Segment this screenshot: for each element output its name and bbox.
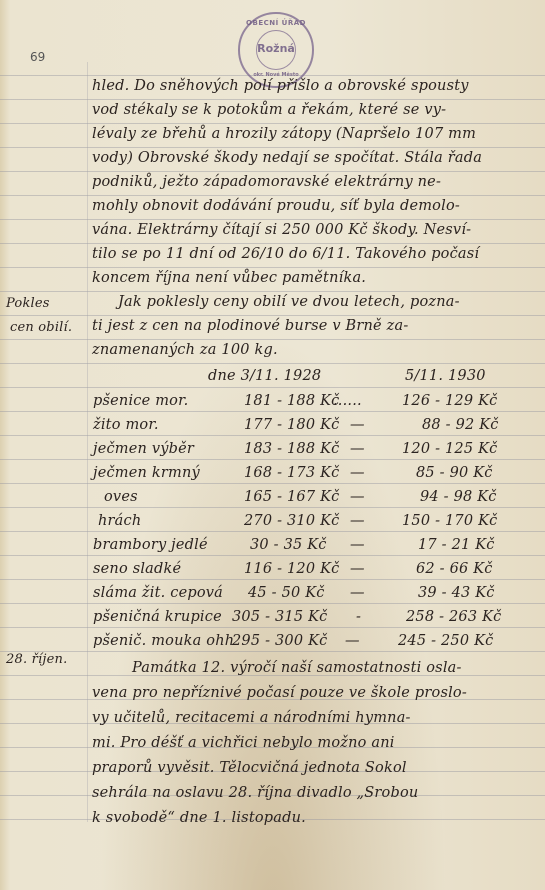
separator: — xyxy=(350,417,365,433)
margin-note: Pokles xyxy=(6,296,50,311)
price-1930: 120 - 125 Kč xyxy=(402,441,497,457)
separator: ...... xyxy=(333,393,362,409)
price-1928: 168 - 173 Kč xyxy=(244,465,339,481)
price-1928: 270 - 310 Kč xyxy=(244,513,339,529)
text-line: mi. Pro déšť a vichřici nebylo možno ani xyxy=(92,735,395,751)
separator: — xyxy=(350,513,365,529)
text-line: tilo se po 11 dní od 26/10 do 6/11. Tako… xyxy=(92,246,479,262)
text-line: hled. Do sněhových polí přišlo a obrovsk… xyxy=(92,78,469,94)
table-header: dne 3/11. 1928 5/11. 1930 xyxy=(0,368,545,392)
price-1930: 150 - 170 Kč xyxy=(402,513,497,529)
text-line: vána. Elektrárny čítají si 250 000 Kč šk… xyxy=(92,222,471,238)
text-line: znamenaných za 100 kg. xyxy=(92,342,278,358)
text-line: mohly obnovit dodávání proudu, síť byla … xyxy=(92,198,460,214)
separator: — xyxy=(350,561,365,577)
price-1928: 295 - 300 Kč xyxy=(232,633,327,649)
price-1930: 39 - 43 Kč xyxy=(418,585,495,601)
page-number: 69 xyxy=(30,50,45,64)
item-name: brambory jedlé xyxy=(93,537,208,553)
price-1930: 62 - 66 Kč xyxy=(416,561,493,577)
price-1930: 85 - 90 Kč xyxy=(416,465,493,481)
text-line: lévaly ze břehů a hrozily zátopy (Naprše… xyxy=(92,126,476,142)
table-row: sláma žit. cepová 45 - 50 Kč — 39 - 43 K… xyxy=(0,585,545,609)
price-1930: 258 - 263 Kč xyxy=(406,609,501,625)
table-row: pšenice mor. 181 - 188 Kč ...... 126 - 1… xyxy=(0,393,545,417)
separator: — xyxy=(350,489,365,505)
text-line: ti jest z cen na plodinové burse v Brně … xyxy=(92,318,408,334)
separator: — xyxy=(350,465,365,481)
column-header-1930: 5/11. 1930 xyxy=(405,368,486,384)
price-1928: 116 - 120 Kč xyxy=(244,561,339,577)
price-1930: 94 - 98 Kč xyxy=(420,489,497,505)
separator: — xyxy=(345,633,360,649)
separator: - xyxy=(356,609,361,625)
table-row: ječmen výběr 183 - 188 Kč — 120 - 125 Kč xyxy=(0,441,545,465)
stamp-top-text: OBECNÍ ÚŘAD xyxy=(240,19,312,27)
table-row: pšeničná krupice 305 - 315 Kč - 258 - 26… xyxy=(0,609,545,633)
price-1928: 30 - 35 Kč xyxy=(250,537,327,553)
price-1928: 45 - 50 Kč xyxy=(248,585,325,601)
item-name: ječmen krmný xyxy=(93,465,200,481)
text-line: Památka 12. výročí naší samostatnosti os… xyxy=(132,660,462,676)
price-1928: 183 - 188 Kč xyxy=(244,441,339,457)
text-line: vy učitelů, recitacemi a národními hymna… xyxy=(92,710,411,726)
item-name: žito mor. xyxy=(93,417,159,433)
table-row: oves 165 - 167 Kč — 94 - 98 Kč xyxy=(0,489,545,513)
separator: — xyxy=(350,537,365,553)
text-line: koncem října není vůbec pamětníka. xyxy=(92,270,366,286)
table-row: seno sladké 116 - 120 Kč — 62 - 66 Kč xyxy=(0,561,545,585)
table-row: brambory jedlé 30 - 35 Kč — 17 - 21 Kč xyxy=(0,537,545,561)
municipal-stamp: OBECNÍ ÚŘAD Rožná okr. Nové Město xyxy=(238,12,314,88)
text-line: sehrála na oslavu 28. října divadlo „Sro… xyxy=(92,785,418,801)
text-line: Jak poklesly ceny obilí ve dvou letech, … xyxy=(118,294,460,310)
text-line: vena pro nepříznivé počasí pouze ve škol… xyxy=(92,685,467,701)
price-1928: 177 - 180 Kč xyxy=(244,417,339,433)
table-row: pšenič. mouka ohh 295 - 300 Kč — 245 - 2… xyxy=(0,633,545,657)
item-name: hrách xyxy=(98,513,141,529)
stamp-name: Rožná xyxy=(240,42,312,55)
item-name: pšenič. mouka ohh xyxy=(93,633,234,649)
separator: — xyxy=(350,441,365,457)
price-1930: 17 - 21 Kč xyxy=(418,537,495,553)
item-name: pšeničná krupice xyxy=(93,609,222,625)
item-name: sláma žit. cepová xyxy=(93,585,223,601)
column-header-1928: dne 3/11. 1928 xyxy=(208,368,321,384)
table-row: ječmen krmný 168 - 173 Kč — 85 - 90 Kč xyxy=(0,465,545,489)
item-name: pšenice mor. xyxy=(93,393,188,409)
text-line: vod stékaly se k potokům a řekám, které … xyxy=(92,102,446,118)
text-line: praporů vyvěsit. Tělocvičná jednota Soko… xyxy=(92,760,407,776)
item-name: seno sladké xyxy=(93,561,181,577)
price-1930: 88 - 92 Kč xyxy=(422,417,499,433)
ledger-page: 69 OBECNÍ ÚŘAD Rožná okr. Nové Město hle… xyxy=(0,0,545,890)
price-1928: 181 - 188 Kč xyxy=(244,393,339,409)
item-name: oves xyxy=(104,489,138,505)
price-1928: 305 - 315 Kč xyxy=(232,609,327,625)
margin-note: 28. říjen. xyxy=(6,652,67,667)
text-line: vody) Obrovské škody nedají se spočítat.… xyxy=(92,150,482,166)
price-1928: 165 - 167 Kč xyxy=(244,489,339,505)
item-name: ječmen výběr xyxy=(93,441,194,457)
margin-note: cen obilí. xyxy=(10,320,72,335)
separator: — xyxy=(350,585,365,601)
table-row: hrách 270 - 310 Kč — 150 - 170 Kč xyxy=(0,513,545,537)
text-line: podniků, ježto západomoravské elektrárny… xyxy=(92,174,441,190)
price-1930: 245 - 250 Kč xyxy=(398,633,493,649)
price-1930: 126 - 129 Kč xyxy=(402,393,497,409)
text-line: k svobodě“ dne 1. listopadu. xyxy=(92,810,306,826)
table-row: žito mor. 177 - 180 Kč — 88 - 92 Kč xyxy=(0,417,545,441)
